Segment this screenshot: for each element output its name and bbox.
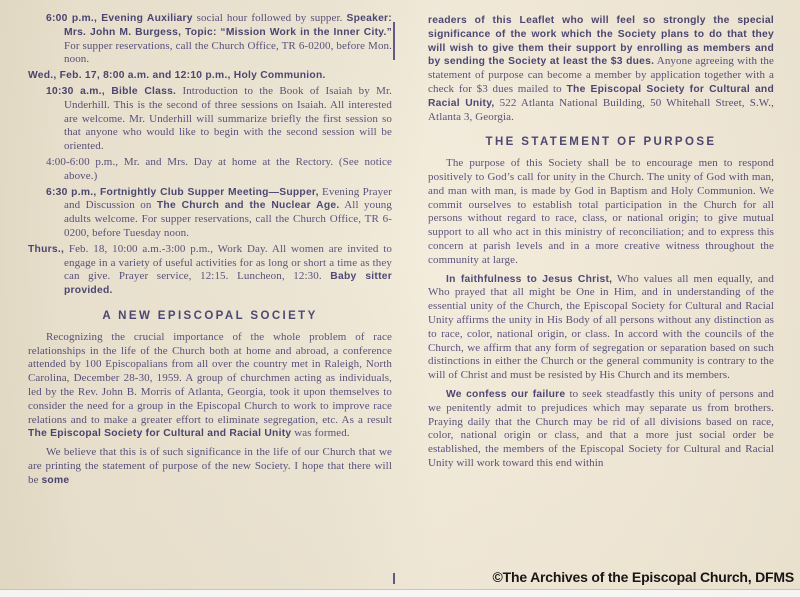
body-text-run: Who values all men equally, and Who pray… xyxy=(428,273,774,382)
body-text-run: For supper reservations, call the Church… xyxy=(64,40,392,66)
section-heading-new-episcopal-society: A NEW EPISCOPAL SOCIETY xyxy=(28,310,392,324)
bold-text-run: 10:30 a.m., Bible Class. xyxy=(46,86,176,97)
paragraph: We believe that this is of such signific… xyxy=(28,446,392,487)
paragraph: We confess our failure to seek steadfast… xyxy=(428,388,774,471)
bold-text-run: Wed., Feb. 17, 8:00 a.m. and 12:10 p.m.,… xyxy=(28,70,326,81)
section-heading-statement-of-purpose: THE STATEMENT OF PURPOSE xyxy=(428,136,774,150)
body-text-run: The purpose of this Society shall be to … xyxy=(428,157,774,266)
right-page-intro: readers of this Leaflet who will feel so… xyxy=(428,14,774,124)
bold-text-run: We confess our failure xyxy=(446,389,565,400)
bold-text-run: some xyxy=(41,475,69,486)
body-text-run: to seek steadfastly this unity of person… xyxy=(428,388,774,469)
paragraph: The purpose of this Society shall be to … xyxy=(428,157,774,267)
paragraph: 10:30 a.m., Bible Class. Introduction to… xyxy=(28,85,392,154)
copyright-watermark: ©The Archives of the Episcopal Church, D… xyxy=(493,569,794,585)
right-page-column: readers of this Leaflet who will feel so… xyxy=(428,14,774,471)
center-fold-mark-top xyxy=(393,22,395,60)
scan-bottom-edge xyxy=(0,589,800,597)
paragraph: Recognizing the crucial importance of th… xyxy=(28,331,392,441)
bold-text-run: In faithfulness to Jesus Christ, xyxy=(446,274,612,285)
bold-text-run: The Church and the Nuclear Age. xyxy=(157,200,340,211)
paragraph: readers of this Leaflet who will feel so… xyxy=(428,14,774,124)
left-page-body: Recognizing the crucial importance of th… xyxy=(28,331,392,488)
body-text-run: We believe that this is of such signific… xyxy=(28,446,392,486)
paragraph: 6:00 p.m., Evening Auxiliary social hour… xyxy=(28,12,392,67)
bold-text-run: 6:00 p.m., Evening Auxiliary xyxy=(46,13,193,24)
paragraph: Wed., Feb. 17, 8:00 a.m. and 12:10 p.m.,… xyxy=(28,69,392,83)
bold-text-run: 6:30 p.m., Fortnightly Club Supper Meeti… xyxy=(46,187,319,198)
paragraph: 4:00-6:00 p.m., Mr. and Mrs. Day at home… xyxy=(28,156,392,184)
bold-text-run: Thurs., xyxy=(28,244,64,255)
left-page-column: 6:00 p.m., Evening Auxiliary social hour… xyxy=(28,12,392,488)
paragraph: 6:30 p.m., Fortnightly Club Supper Meeti… xyxy=(28,186,392,241)
body-text-run: Recognizing the crucial importance of th… xyxy=(28,331,392,426)
schedule-list: 6:00 p.m., Evening Auxiliary social hour… xyxy=(28,12,392,298)
bold-text-run: The Episcopal Society for Cultural and R… xyxy=(28,428,291,439)
right-page-body: The purpose of this Society shall be to … xyxy=(428,157,774,471)
paragraph: Thurs., Feb. 18, 10:00 a.m.-3:00 p.m., W… xyxy=(28,243,392,298)
paragraph: In faithfulness to Jesus Christ, Who val… xyxy=(428,273,774,383)
center-fold-mark-bottom xyxy=(393,573,395,584)
body-text-run: 4:00-6:00 p.m., Mr. and Mrs. Day at home… xyxy=(46,156,392,182)
body-text-run: was formed. xyxy=(291,427,349,439)
document-scan: 6:00 p.m., Evening Auxiliary social hour… xyxy=(0,0,800,597)
body-text-run: social hour followed by supper. xyxy=(193,12,347,24)
